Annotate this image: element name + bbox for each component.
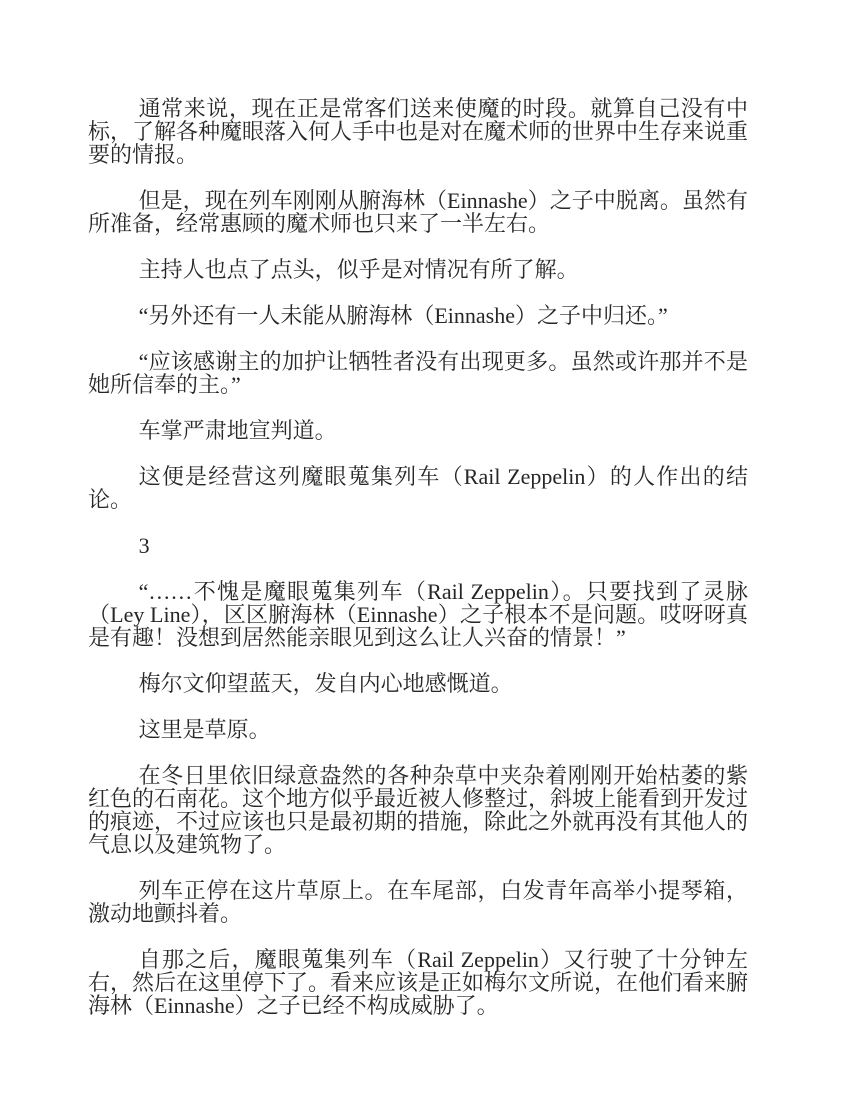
paragraph: “应该感谢主的加护让牺牲者没有出现更多。虽然或许那并不是她所信奉的主。” [88, 350, 748, 396]
paragraph: 这里是草原。 [88, 718, 748, 741]
novel-text-page: 通常来说，现在正是常客们送来使魔的时段。就算自己没有中标，了解各种魔眼落入何人手… [88, 97, 748, 1017]
document-page: 通常来说，现在正是常客们送来使魔的时段。就算自己没有中标，了解各种魔眼落入何人手… [0, 0, 850, 1100]
paragraph: “……不愧是魔眼蒐集列车（Rail Zeppelin）。只要找到了灵脉（Ley … [88, 580, 748, 649]
paragraph: 主持人也点了点头，似乎是对情况有所了解。 [88, 258, 748, 281]
paragraph: 自那之后，魔眼蒐集列车（Rail Zeppelin）又行驶了十分钟左右，然后在这… [88, 948, 748, 1017]
paragraph: 通常来说，现在正是常客们送来使魔的时段。就算自己没有中标，了解各种魔眼落入何人手… [88, 97, 748, 166]
section-number: 3 [88, 534, 748, 557]
paragraph: “另外还有一人未能从腑海林（Einnashe）之子中归还。” [88, 304, 748, 327]
paragraph: 这便是经营这列魔眼蒐集列车（Rail Zeppelin）的人作出的结论。 [88, 465, 748, 511]
paragraph: 梅尔文仰望蓝天，发自内心地感慨道。 [88, 672, 748, 695]
paragraph: 但是，现在列车刚刚从腑海林（Einnashe）之子中脱离。虽然有所准备，经常惠顾… [88, 189, 748, 235]
paragraph: 在冬日里依旧绿意盎然的各种杂草中夹杂着刚刚开始枯萎的紫红色的石南花。这个地方似乎… [88, 764, 748, 856]
paragraph: 车掌严肃地宣判道。 [88, 419, 748, 442]
paragraph: 列车正停在这片草原上。在车尾部，白发青年高举小提琴箱，激动地颤抖着。 [88, 879, 748, 925]
